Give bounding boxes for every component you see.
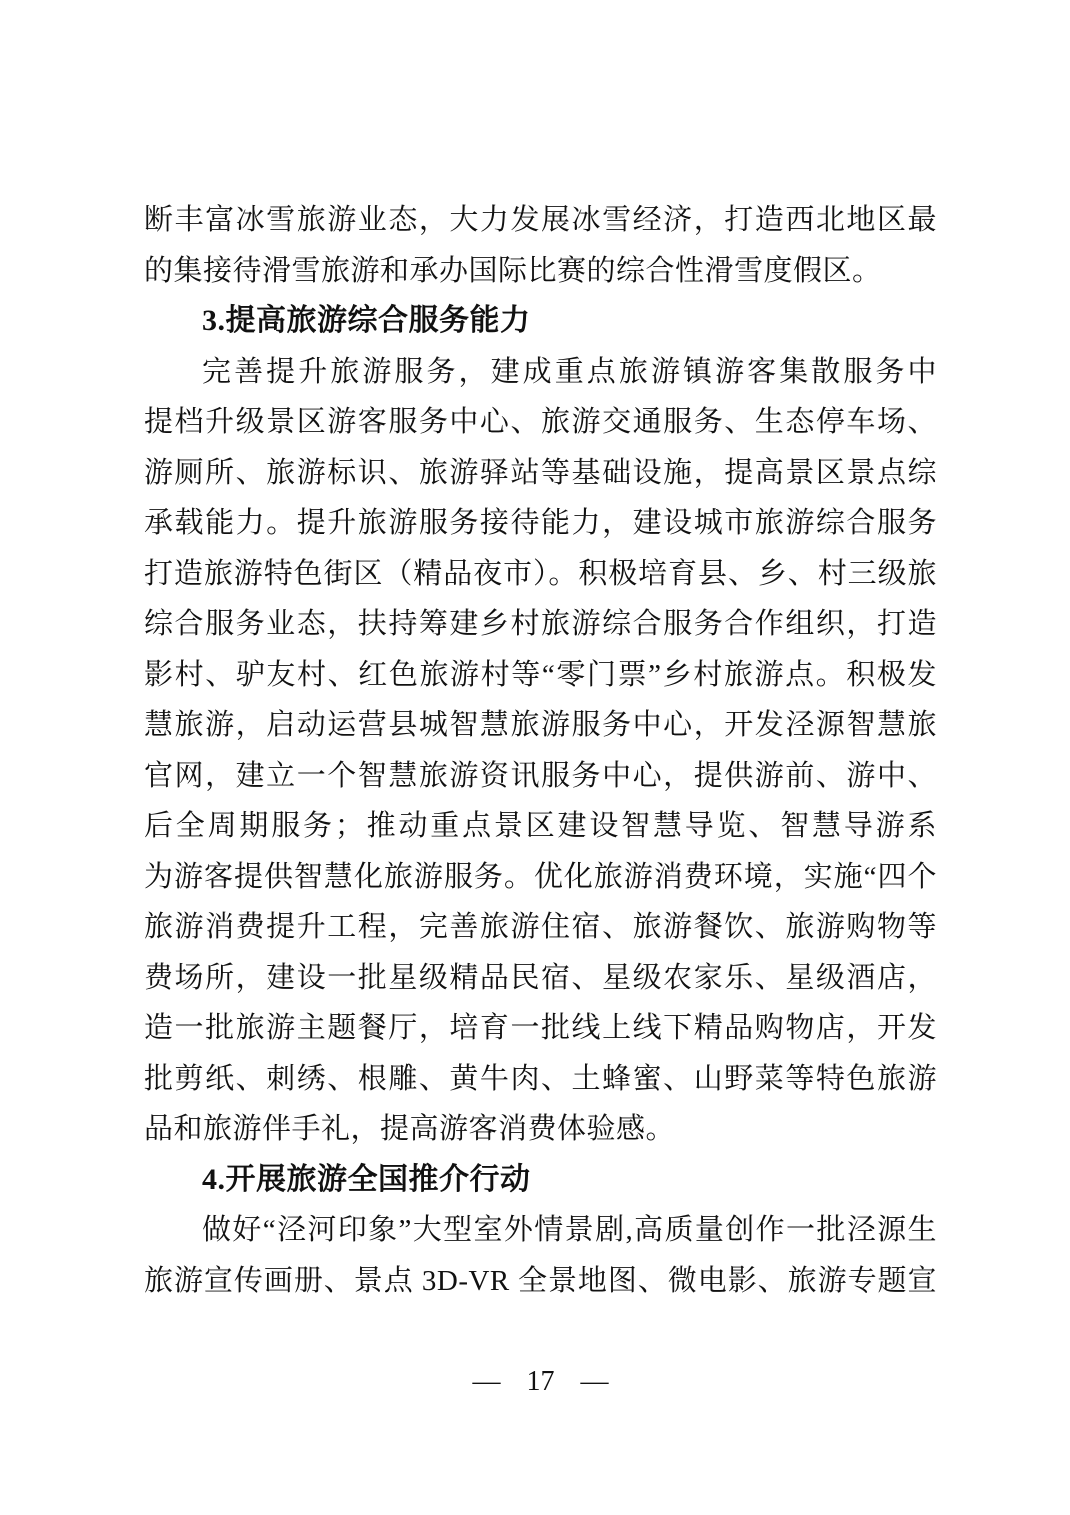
- text-line: 提档升级景区游客服务中心、旅游交通服务、生态停车场、旅: [144, 397, 937, 448]
- text-line: 完善提升旅游服务，建成重点旅游镇游客集散服务中心，: [144, 347, 937, 398]
- text-line: 旅游消费提升工程，完善旅游住宿、旅游餐饮、旅游购物等消: [144, 902, 937, 953]
- section-heading-4: 4.开展旅游全国推介行动: [144, 1155, 937, 1206]
- text-line: 旅游宣传画册、景点 3D-VR 全景地图、微电影、旅游专题宣传: [144, 1256, 937, 1307]
- footer-dash-left: —: [473, 1362, 501, 1402]
- text-line: 断丰富冰雪旅游业态，大力发展冰雪经济，打造西北地区最大: [144, 195, 937, 246]
- text-line: 后全周期服务；推动重点景区建设智慧导览、智慧导游系统，: [144, 801, 937, 852]
- text-line: 慧旅游，启动运营县城智慧旅游服务中心，开发泾源智慧旅游: [144, 700, 937, 751]
- text-line: 批剪纸、刺绣、根雕、黄牛肉、土蜂蜜、山野菜等特色旅游商: [144, 1054, 937, 1105]
- text-line: 承载能力。提升旅游服务接待能力，建设城市旅游综合服务体，: [144, 498, 937, 549]
- section-heading-3: 3.提高旅游综合服务能力: [144, 296, 937, 347]
- text-line: 官网，建立一个智慧旅游资讯服务中心，提供游前、游中、游: [144, 751, 937, 802]
- page-body-text: 断丰富冰雪旅游业态，大力发展冰雪经济，打造西北地区最大 的集接待滑雪旅游和承办国…: [144, 195, 937, 1306]
- text-line: 打造旅游特色街区（精品夜市）。积极培育县、乡、村三级旅游: [144, 549, 937, 600]
- page-number: 17: [527, 1362, 555, 1402]
- footer-dash-right: —: [581, 1362, 609, 1402]
- text-line: 游厕所、旅游标识、旅游驿站等基础设施，提高景区景点综合: [144, 448, 937, 499]
- text-line: 的集接待滑雪旅游和承办国际比赛的综合性滑雪度假区。: [144, 246, 937, 297]
- text-line: 品和旅游伴手礼，提高游客消费体验感。: [144, 1104, 937, 1155]
- text-line: 造一批旅游主题餐厅，培育一批线上线下精品购物店，开发一: [144, 1003, 937, 1054]
- page-footer: — 17 —: [144, 1362, 937, 1402]
- text-line: 综合服务业态，扶持筹建乡村旅游综合服务合作组织，打造摄: [144, 599, 937, 650]
- text-line: 为游客提供智慧化旅游服务。优化旅游消费环境，实施“四个一”: [144, 852, 937, 903]
- document-page: 断丰富冰雪旅游业态，大力发展冰雪经济，打造西北地区最大 的集接待滑雪旅游和承办国…: [0, 0, 1070, 1515]
- text-line: 影村、驴友村、红色旅游村等“零门票”乡村旅游点。积极发展智: [144, 650, 937, 701]
- text-line: 费场所，建设一批星级精品民宿、星级农家乐、星级酒店，打: [144, 953, 937, 1004]
- text-line: 做好“泾河印象”大型室外情景剧,高质量创作一批泾源生态: [144, 1205, 937, 1256]
